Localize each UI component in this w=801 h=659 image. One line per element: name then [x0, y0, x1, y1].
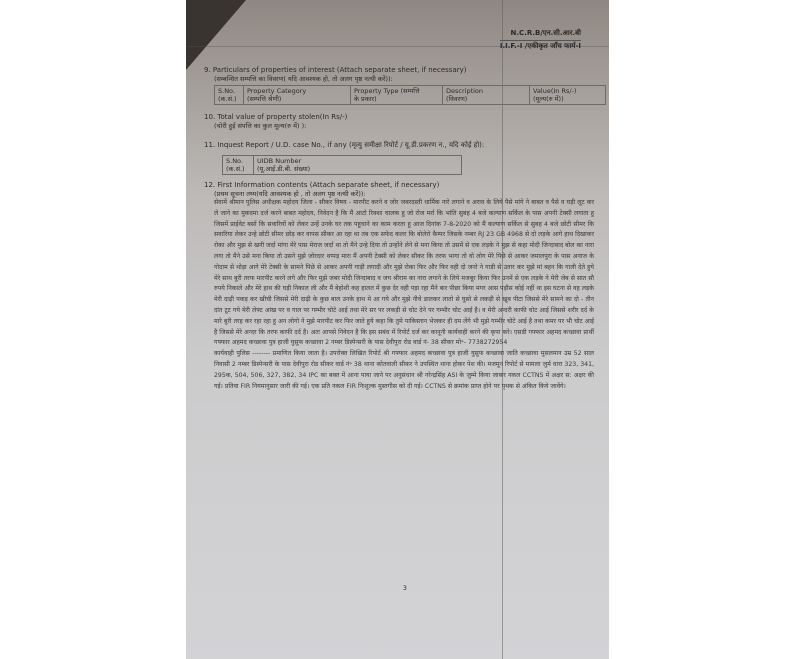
section-9: 9. Particulars of properties of interest…: [204, 66, 606, 105]
complaint-paragraph: सेवामें श्रीमान पुलिस अधीक्षक महोदय जिला…: [214, 198, 594, 349]
page-number: 3: [403, 585, 407, 592]
section-11-title: 11. Inquest Report / U.D. case No., if a…: [204, 141, 484, 150]
inquest-table: S.No.(क.सं.) UIDB Number(यू.आई.डी.बी. सं…: [222, 155, 462, 175]
document-photo: N.C.R.B/एन.सी.आर.बी I.I.F.-I /एकीकृत जाँ…: [186, 0, 609, 659]
form-header: N.C.R.B/एन.सी.आर.बी I.I.F.-I /एकीकृत जाँ…: [500, 28, 581, 52]
form-name: I.I.F.-I /एकीकृत जाँच फार्म-I: [500, 41, 581, 52]
section-9-subtitle: (सम्बन्धित सम्पत्ति का विवरण( यदि आवश्यक…: [204, 75, 606, 84]
section-10: 10. Total value of property stolen(In Rs…: [204, 113, 347, 131]
section-10-title: 10. Total value of property stolen(In Rs…: [204, 113, 347, 122]
section-10-subtitle: (चोरी हुई संपत्ति का कुल मूल्य(रु में) )…: [204, 122, 347, 131]
col-sno: S.No.(क.सं.): [223, 156, 254, 175]
properties-table: S.No.(क.सं.) Property Category(सम्पत्ति …: [214, 85, 606, 105]
form-code: N.C.R.B/एन.सी.आर.बी: [500, 28, 581, 41]
section-12: 12. First Information contents (Attach s…: [204, 181, 439, 199]
fir-contents: सेवामें श्रीमान पुलिस अधीक्षक महोदय जिला…: [214, 198, 594, 392]
police-action-paragraph: कार्यवाही पुलिस -------- प्रमाणित किया ज…: [214, 349, 594, 392]
col-property-category: Property Category(सम्पत्ति श्रेणी): [244, 86, 351, 105]
section-11: 11. Inquest Report / U.D. case No., if a…: [204, 141, 484, 175]
section-9-title: 9. Particulars of properties of interest…: [204, 66, 606, 75]
col-uidb-number: UIDB Number(यू.आई.डी.बी. संख्या): [254, 156, 462, 175]
col-description: Description(विवरण): [443, 86, 530, 105]
col-value: Value(In Rs/-)(मूल्य(रु में)): [530, 86, 606, 105]
col-sno: S.No.(क.सं.): [215, 86, 244, 105]
section-12-title: 12. First Information contents (Attach s…: [204, 181, 439, 190]
fir-document: N.C.R.B/एन.सी.आर.बी I.I.F.-I /एकीकृत जाँ…: [186, 0, 609, 659]
col-property-type: Property Type (सम्पत्तिके प्रकार): [351, 86, 443, 105]
